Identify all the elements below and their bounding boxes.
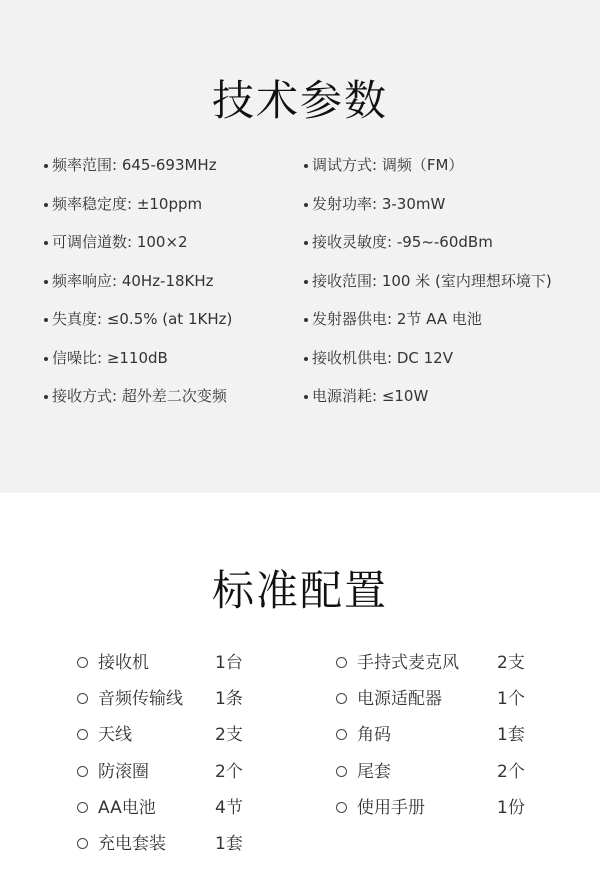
config-item: 手持式麦克风2支 xyxy=(336,652,525,688)
bullet-icon xyxy=(44,241,48,245)
config-list-left: 接收机1台 音频传输线1条 天线2支 防滚圈2个 AA电池4节 充电套装1套 xyxy=(77,652,243,869)
bullet-icon xyxy=(304,357,308,361)
spec-list-right: 调试方式: 调频（FM） 发射功率: 3-30mW 接收灵敏度: -95~-60… xyxy=(304,155,552,425)
bullet-icon xyxy=(304,241,308,245)
config-item: 防滚圈2个 xyxy=(77,761,243,797)
tech-specs-title: 技术参数 xyxy=(0,68,600,128)
spec-item: 发射功率: 3-30mW xyxy=(304,194,552,233)
bullet-icon xyxy=(44,203,48,207)
circle-icon xyxy=(336,729,347,740)
spec-item: 信噪比: ≥110dB xyxy=(44,348,232,387)
spec-item: 接收灵敏度: -95~-60dBm xyxy=(304,232,552,271)
bullet-icon xyxy=(304,203,308,207)
circle-icon xyxy=(77,802,88,813)
bullet-icon xyxy=(304,280,308,284)
circle-icon xyxy=(336,802,347,813)
bullet-icon xyxy=(304,318,308,322)
spec-item: 发射器供电: 2节 AA 电池 xyxy=(304,309,552,348)
spec-list-left: 频率范围: 645-693MHz 频率稳定度: ±10ppm 可调信道数: 10… xyxy=(44,155,232,425)
tech-specs-section: 技术参数 频率范围: 645-693MHz 频率稳定度: ±10ppm 可调信道… xyxy=(0,0,600,493)
bullet-icon xyxy=(44,318,48,322)
config-item: 尾套2个 xyxy=(336,761,525,797)
bullet-icon xyxy=(304,395,308,399)
circle-icon xyxy=(77,838,88,849)
spec-item: 调试方式: 调频（FM） xyxy=(304,155,552,194)
spec-item: 频率响应: 40Hz-18KHz xyxy=(44,271,232,310)
circle-icon xyxy=(77,766,88,777)
bullet-icon xyxy=(44,357,48,361)
bullet-icon xyxy=(304,164,308,168)
config-item: 天线2支 xyxy=(77,724,243,760)
config-item: 角码1套 xyxy=(336,724,525,760)
circle-icon xyxy=(77,693,88,704)
config-list-right: 手持式麦克风2支 电源适配器1个 角码1套 尾套2个 使用手册1份 xyxy=(336,652,525,833)
spec-item: 失真度: ≤0.5% (at 1KHz) xyxy=(44,309,232,348)
circle-icon xyxy=(336,766,347,777)
circle-icon xyxy=(77,657,88,668)
bullet-icon xyxy=(44,395,48,399)
config-item: 充电套装1套 xyxy=(77,833,243,869)
circle-icon xyxy=(336,657,347,668)
spec-item: 接收机供电: DC 12V xyxy=(304,348,552,387)
config-item: 使用手册1份 xyxy=(336,797,525,833)
bullet-icon xyxy=(44,280,48,284)
config-item: 接收机1台 xyxy=(77,652,243,688)
config-item: 电源适配器1个 xyxy=(336,688,525,724)
spec-item: 频率稳定度: ±10ppm xyxy=(44,194,232,233)
config-item: 音频传输线1条 xyxy=(77,688,243,724)
bullet-icon xyxy=(44,164,48,168)
standard-config-title: 标准配置 xyxy=(0,558,600,618)
spec-item: 接收方式: 超外差二次变频 xyxy=(44,386,232,425)
circle-icon xyxy=(77,729,88,740)
spec-item: 可调信道数: 100×2 xyxy=(44,232,232,271)
spec-item: 电源消耗: ≤10W xyxy=(304,386,552,425)
spec-item: 接收范围: 100 米 (室内理想环境下) xyxy=(304,271,552,310)
spec-item: 频率范围: 645-693MHz xyxy=(44,155,232,194)
config-item: AA电池4节 xyxy=(77,797,243,833)
circle-icon xyxy=(336,693,347,704)
